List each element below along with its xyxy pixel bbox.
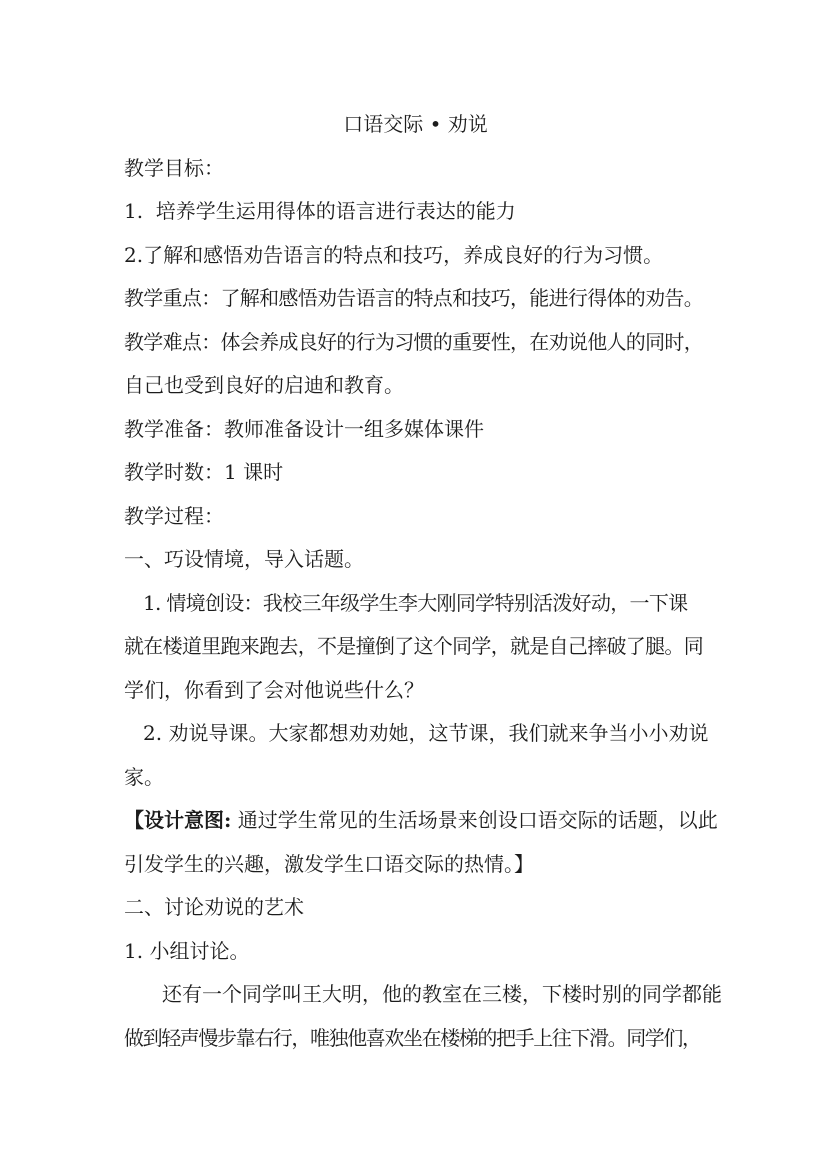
line-text: 2.了解和感悟劝告语言的特点和技巧，养成良好的行为习惯。 (124, 243, 663, 267)
discussion-case-line-1: 还有一个同学叫王大明，他的教室在三楼，下楼时别的同学都能 (124, 973, 707, 1017)
line-text: 教学目标： (124, 156, 224, 180)
line-text: 家。 (124, 765, 164, 789)
document-body: 口语交际 • 劝说教学目标：1. 培养学生运用得体的语言进行表达的能力2.了解和… (124, 103, 707, 1060)
group-discussion-heading: 1. 小组讨论。 (124, 930, 707, 974)
document-title: 口语交际 • 劝说 (124, 103, 707, 147)
teaching-hours: 教学时数：1 课时 (124, 451, 707, 495)
situation-creation-line-2: 就在楼道里跑来跑去，不是撞倒了这个同学，就是自己摔破了腿。同 (124, 625, 707, 669)
teaching-difficulty-line-1: 教学难点：体会养成良好的行为习惯的重要性，在劝说他人的同时， (124, 321, 707, 365)
line-text: 1. 情境创设：我校三年级学生李大刚同学特别活泼好动，一下课 (143, 591, 687, 615)
line-text: 2. 劝说导课。大家都想劝劝她，这节课，我们就来争当小小劝说 (143, 721, 708, 745)
teaching-goals-heading: 教学目标： (124, 147, 707, 191)
section-1-heading: 一、巧设情境，导入话题。 (124, 538, 707, 582)
line-text: 引发学生的兴趣，激发学生口语交际的热情。】 (124, 852, 534, 876)
teaching-preparation: 教学准备：教师准备设计一组多媒体课件 (124, 408, 707, 452)
line-text: 口语交际 • 劝说 (343, 112, 488, 136)
design-intent-line-2: 引发学生的兴趣，激发学生口语交际的热情。】 (124, 843, 707, 887)
line-text: 1. 小组讨论。 (124, 939, 249, 963)
line-text: 就在楼道里跑来跑去，不是撞倒了这个同学，就是自己摔破了腿。同 (124, 634, 703, 658)
line-text: 教学难点：体会养成良好的行为习惯的重要性，在劝说他人的同时， (124, 330, 703, 354)
persuasion-intro-line-1: 2. 劝说导课。大家都想劝劝她，这节课，我们就来争当小小劝说 (124, 712, 707, 756)
line-text: 自己也受到良好的启迪和教育。 (124, 373, 404, 397)
teaching-difficulty-line-2: 自己也受到良好的启迪和教育。 (124, 364, 707, 408)
line-text: 教学准备：教师准备设计一组多媒体课件 (124, 417, 484, 441)
line-text: 通过学生常见的生活场景来创设口语交际的话题，以此 (231, 808, 717, 832)
section-2-heading: 二、讨论劝说的艺术 (124, 886, 707, 930)
situation-creation-line-1: 1. 情境创设：我校三年级学生李大刚同学特别活泼好动，一下课 (124, 582, 707, 626)
teaching-process-heading: 教学过程： (124, 495, 707, 539)
line-text: 一、巧设情境，导入话题。 (124, 547, 364, 571)
line-text: 二、讨论劝说的艺术 (124, 895, 304, 919)
line-text: 做到轻声慢步靠右行，唯独他喜欢坐在楼梯的把手上往下滑。同学们， (124, 1026, 701, 1050)
discussion-case-line-2: 做到轻声慢步靠右行，唯独他喜欢坐在楼梯的把手上往下滑。同学们， (124, 1017, 707, 1061)
bold-label: 【设计意图: (124, 808, 231, 832)
persuasion-intro-line-2: 家。 (124, 756, 707, 800)
line-text: 教学过程： (124, 504, 224, 528)
goal-item-1: 1. 培养学生运用得体的语言进行表达的能力 (124, 190, 707, 234)
line-text: 学们，你看到了会对他说些什么？ (124, 678, 424, 702)
line-text: 1. 培养学生运用得体的语言进行表达的能力 (124, 199, 516, 223)
design-intent-line-1: 【设计意图: 通过学生常见的生活场景来创设口语交际的话题，以此 (124, 799, 707, 843)
goal-item-2: 2.了解和感悟劝告语言的特点和技巧，养成良好的行为习惯。 (124, 234, 707, 278)
line-text: 教学时数：1 课时 (124, 460, 283, 484)
line-text: 还有一个同学叫王大明，他的教室在三楼，下楼时别的同学都能 (162, 982, 722, 1006)
teaching-focus: 教学重点：了解和感悟劝告语言的特点和技巧，能进行得体的劝告。 (124, 277, 707, 321)
document-page: 口语交际 • 劝说教学目标：1. 培养学生运用得体的语言进行表达的能力2.了解和… (0, 0, 827, 1169)
situation-creation-line-3: 学们，你看到了会对他说些什么？ (124, 669, 707, 713)
line-text: 教学重点：了解和感悟劝告语言的特点和技巧，能进行得体的劝告。 (124, 286, 703, 310)
